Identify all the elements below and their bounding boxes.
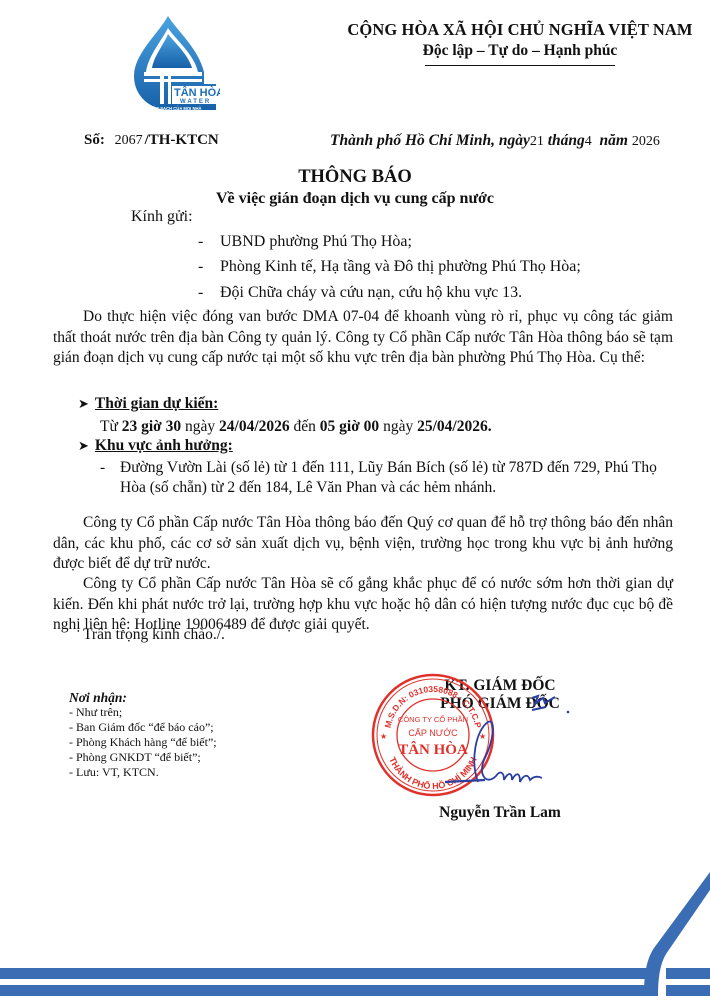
doc-number-suffix: /TH-KTCN	[145, 132, 219, 148]
closing-line: Trân trọng kính chào./.	[53, 625, 673, 646]
water-drop-logo-icon: TÂN HÒA WATER NƯỚC SẠCH CỦA MỌI NHÀ	[128, 12, 220, 112]
dash-bullet: -	[100, 458, 105, 478]
recipient-item: -UBND phường Phú Thọ Hòa;	[198, 233, 412, 251]
time-heading-text: Thời gian dự kiến:	[95, 395, 218, 412]
recipient-item: -Đội Chữa cháy và cứu nạn, cứu hộ khu vự…	[198, 284, 522, 302]
date-month: 4	[585, 134, 592, 149]
document-subtitle: Về việc gián đoạn dịch vụ cung cấp nước	[0, 190, 710, 208]
handwritten-signature	[440, 690, 590, 800]
national-heading: CỘNG HÒA XÃ HỘI CHỦ NGHĨA VIỆT NAM Độc l…	[330, 20, 710, 66]
recipient-item: -Phòng Kinh tế, Hạ tầng và Đô thị phường…	[198, 258, 581, 276]
signer-name: Nguyễn Trần Lam	[400, 804, 600, 822]
recipients-heading: Nơi nhận:	[69, 690, 217, 705]
recipient-text: UBND phường Phú Thọ Hòa;	[220, 233, 412, 250]
month-label: tháng	[548, 132, 585, 149]
from-label: Từ	[100, 418, 118, 435]
time-range: Từ 23 giờ 30 ngày 24/04/2026 đến 05 giờ …	[100, 418, 492, 436]
signature-scribble-icon	[440, 690, 590, 800]
date-label: ngày	[185, 418, 215, 435]
svg-text:WATER: WATER	[180, 99, 211, 105]
date-label: ngày	[383, 418, 413, 435]
arrow-bullet-icon: ➤	[78, 396, 89, 411]
nation-line-1: CỘNG HÒA XÃ HỘI CHỦ NGHĨA VIỆT NAM	[330, 20, 710, 40]
recipients-item: - Như trên;	[69, 705, 217, 720]
date-line: Thành phố Hồ Chí Minh, ngày21 tháng4 năm…	[330, 132, 660, 150]
area-heading: ➤Khu vực ảnh hưởng:	[78, 437, 233, 455]
svg-text:NƯỚC SẠCH CỦA MỌI NHÀ: NƯỚC SẠCH CỦA MỌI NHÀ	[146, 106, 202, 111]
city-label: Thành phố Hồ Chí Minh, ngày	[330, 132, 530, 149]
affected-area-text: Đường Vườn Lài (số lẻ) từ 1 đến 111, Lũy…	[120, 458, 665, 498]
arrow-bullet-icon: ➤	[78, 438, 89, 453]
recipient-text: Phòng Kinh tế, Hạ tầng và Đô thị phường …	[220, 258, 581, 275]
recipients-list: Nơi nhận: - Như trên; - Ban Giám đốc “để…	[69, 690, 217, 780]
svg-text:★: ★	[380, 732, 387, 741]
affected-area-item: - Đường Vườn Lài (số lẻ) từ 1 đến 111, L…	[100, 458, 665, 498]
company-logo: TÂN HÒA WATER NƯỚC SẠCH CỦA MỌI NHÀ	[128, 12, 220, 112]
document-title: THÔNG BÁO	[0, 167, 710, 188]
notice-paragraph: Công ty Cổ phần Cấp nước Tân Hòa thông b…	[53, 513, 673, 575]
date-day: 21	[530, 134, 544, 149]
intro-paragraph: Do thực hiện việc đóng van bước DMA 07-0…	[53, 307, 673, 369]
area-heading-text: Khu vực ảnh hưởng:	[95, 437, 233, 454]
svg-text:TÂN HÒA: TÂN HÒA	[174, 86, 220, 99]
nation-motto: Độc lập – Tự do – Hạnh phúc	[330, 42, 710, 60]
recipients-item: - Phòng GNKDT “để biết”;	[69, 750, 217, 765]
year-label: năm	[600, 132, 628, 149]
recipients-item: - Ban Giám đốc “để báo cáo”;	[69, 720, 217, 735]
decorative-stripes-icon	[0, 860, 710, 1006]
date-year: 2026	[632, 134, 660, 149]
footer-decoration	[0, 860, 710, 1006]
from-time: 23 giờ 30	[122, 418, 181, 435]
doc-number-value: 2067	[115, 133, 143, 148]
from-date: 24/04/2026	[219, 418, 290, 435]
recipient-text: Đội Chữa cháy và cứu nạn, cứu hộ khu vực…	[220, 284, 522, 301]
to-time: 05 giờ 00	[320, 418, 379, 435]
recipients-item: - Lưu: VT, KTCN.	[69, 765, 217, 780]
to-date: 25/04/2026.	[417, 418, 492, 435]
recipients-item: - Phòng Khách hàng “để biết”;	[69, 735, 217, 750]
to-label: đến	[294, 418, 316, 435]
heading-underline	[425, 65, 615, 66]
document-number: Số: 2067/TH-KTCN	[84, 132, 219, 149]
doc-number-label: Số:	[84, 132, 105, 148]
salutation: Kính gửi:	[131, 208, 193, 226]
time-heading: ➤Thời gian dự kiến:	[78, 395, 218, 413]
